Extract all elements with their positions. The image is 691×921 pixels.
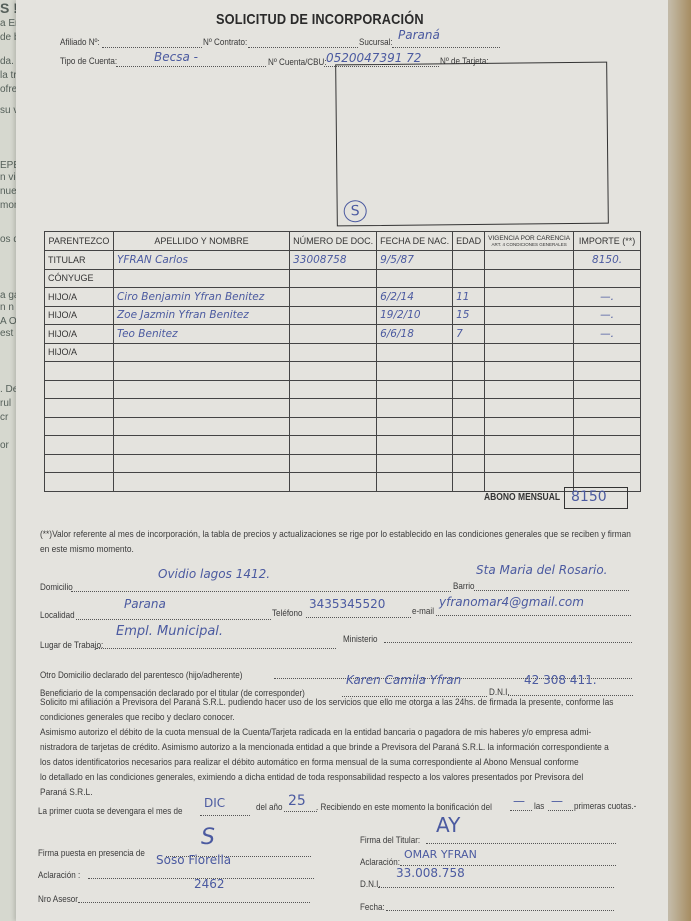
cell-nombre[interactable]: Ciro Benjamin Yfran Benitez (113, 288, 289, 307)
tipo-cuenta-value: Becsa - (154, 50, 198, 64)
cell-edad[interactable] (453, 343, 485, 362)
cell-parentezco (45, 362, 114, 381)
cell-doc[interactable] (290, 269, 377, 288)
lugar-trabajo-value: Empl. Municipal. (116, 624, 223, 639)
cell-fecha[interactable] (377, 380, 453, 399)
table-row (45, 417, 641, 436)
table-row: HIJO/ATeo Benitez6/6/187—. (45, 325, 641, 344)
col-parentezco: PARENTEZCO (45, 232, 114, 251)
cell-importe[interactable] (574, 362, 641, 381)
presencia-label: Firma puesta en presencia de (38, 848, 145, 859)
fecha-field[interactable] (386, 910, 614, 911)
cell-doc[interactable] (290, 417, 377, 436)
legal-line: Solicito mi afiliación a Previsora del P… (40, 695, 613, 710)
table-row: TITULARYFRAN Carlos330087589/5/878150. (45, 251, 641, 270)
col-vigencia-sub: ART. 4 CONDICIONES GENERALES (488, 242, 570, 247)
aclaracion-left-value: Soso Fiorella (156, 853, 231, 867)
cell-fecha[interactable] (377, 417, 453, 436)
cell-fecha[interactable] (377, 454, 453, 473)
background-fragment: n n (0, 302, 14, 313)
localidad-label: Localidad (40, 610, 75, 621)
cell-importe[interactable] (574, 399, 641, 418)
box-mark: S (344, 200, 367, 222)
cell-fecha[interactable] (377, 473, 453, 492)
cell-vigencia[interactable] (485, 288, 574, 307)
cell-edad[interactable] (453, 417, 485, 436)
abono-mensual-box[interactable]: 8150 (564, 487, 628, 509)
cell-vigencia[interactable] (485, 362, 574, 381)
col-edad: EDAD (453, 232, 485, 251)
abono-mensual-label: ABONO MENSUAL (484, 492, 560, 503)
cell-nombre[interactable] (113, 417, 289, 436)
cell-parentezco: CÓNYUGE (45, 269, 114, 288)
first-quota-mid: . Recibiendo en este momento la bonifica… (316, 802, 492, 813)
first-quota-prefix: La primer cuota se devengara el mes de (38, 806, 183, 817)
contrato-label: Nº Contrato: (203, 37, 247, 48)
domicilio-label: Domicilio (40, 582, 73, 593)
col-importe: IMPORTE (**) (574, 232, 641, 251)
cell-edad[interactable] (453, 399, 485, 418)
cell-fecha[interactable] (377, 343, 453, 362)
cell-parentezco (45, 473, 114, 492)
lugar-trabajo-label: Lugar de Trabajo: (40, 640, 103, 651)
cell-parentezco: TITULAR (45, 251, 114, 270)
beneficiario-dni-value: 42 308 411. (524, 673, 597, 687)
cell-nombre[interactable] (113, 343, 289, 362)
cell-doc[interactable] (290, 436, 377, 455)
aclaracion-right-value: OMAR YFRAN (404, 848, 477, 861)
table-row: HIJO/AZoe Jazmin Yfran Benitez19/2/1015—… (45, 306, 641, 325)
cell-nombre[interactable] (113, 399, 289, 418)
afiliado-label: Afiliado Nº: (60, 37, 100, 48)
cell-vigencia[interactable] (485, 306, 574, 325)
abono-mensual-value: 8150 (571, 489, 607, 505)
barrio-label: Barrio (453, 581, 475, 592)
cell-parentezco: HIJO/A (45, 343, 114, 362)
col-vigencia-title: VIGENCIA POR CARENCIA (488, 235, 570, 242)
cell-parentezco (45, 454, 114, 473)
cell-parentezco (45, 436, 114, 455)
cell-doc[interactable] (290, 325, 377, 344)
telefono-value: 3435345520 (309, 597, 385, 611)
legal-line: Asimismo autorizo el débito de la cuota … (40, 725, 613, 740)
cell-vigencia[interactable] (485, 251, 574, 270)
first-quota-suffix: primeras cuotas.- (574, 801, 636, 812)
bonificacion-value: — (513, 794, 525, 808)
first-quota-year-field[interactable] (284, 811, 317, 812)
barrio-field[interactable] (474, 590, 629, 591)
dni-value: 33.008.758 (396, 866, 465, 880)
email-value: yfranomar4@gmail.com (439, 595, 584, 609)
cell-nombre[interactable] (113, 362, 289, 381)
table-row (45, 399, 641, 418)
cell-nombre[interactable]: Teo Benitez (113, 325, 289, 344)
table-header-row: PARENTEZCO APELLIDO Y NOMBRE NÚMERO DE D… (45, 232, 641, 251)
cuenta-cbu-label: Nº Cuenta/CBU: (268, 57, 327, 68)
aclaracion-right-label: Aclaración: (360, 857, 400, 868)
email-label: e-mail (412, 606, 434, 617)
lugar-trabajo-field[interactable] (96, 648, 336, 649)
table-row: HIJO/ACiro Benjamin Yfran Benitez6/2/141… (45, 288, 641, 307)
cell-edad[interactable] (453, 436, 485, 455)
cell-importe[interactable] (574, 436, 641, 455)
legal-line: nistradora de tarjetas de crédito. Asimi… (40, 740, 613, 755)
tipo-cuenta-label: Tipo de Cuenta: (60, 56, 117, 67)
family-table: PARENTEZCO APELLIDO Y NOMBRE NÚMERO DE D… (44, 231, 641, 492)
table-row (45, 362, 641, 381)
cell-doc[interactable] (290, 473, 377, 492)
cell-importe[interactable] (574, 454, 641, 473)
cell-edad[interactable] (453, 251, 485, 270)
background-fragment: or (0, 440, 9, 451)
cell-fecha[interactable] (377, 436, 453, 455)
sucursal-field[interactable] (392, 47, 500, 48)
cell-edad[interactable] (453, 380, 485, 399)
legal-line: los datos identificatorios necesarios pa… (40, 755, 613, 770)
cell-importe[interactable] (574, 343, 641, 362)
cell-importe[interactable] (574, 417, 641, 436)
first-quota-month-field[interactable] (200, 815, 250, 816)
background-fragment: da. (0, 56, 14, 67)
cell-edad[interactable] (453, 473, 485, 492)
cell-doc[interactable] (290, 306, 377, 325)
legal-line: condiciones generales que recibo y decla… (40, 710, 613, 725)
col-doc: NÚMERO DE DOC. (290, 232, 377, 251)
cell-fecha[interactable] (377, 362, 453, 381)
legal-line: lo detallado en las condiciones generale… (40, 770, 613, 785)
titular-signature-field[interactable] (426, 843, 616, 844)
cell-vigencia[interactable] (485, 399, 574, 418)
cell-vigencia[interactable] (485, 436, 574, 455)
first-quota-year-label: del año (256, 802, 282, 813)
telefono-label: Teléfono (272, 608, 303, 619)
cell-nombre[interactable] (113, 436, 289, 455)
form-sheet: SOLICITUD DE INCORPORACIÓN Afiliado Nº: … (16, 0, 668, 921)
cell-importe[interactable] (574, 269, 641, 288)
cell-nombre[interactable] (113, 473, 289, 492)
background-fragment: est (0, 328, 13, 339)
cell-doc[interactable] (290, 362, 377, 381)
cell-parentezco: HIJO/A (45, 325, 114, 344)
presencia-signature: S (201, 825, 215, 850)
cell-nombre[interactable] (113, 380, 289, 399)
cell-importe[interactable]: —. (574, 288, 641, 307)
background-fragment: cr (0, 412, 8, 423)
cell-vigencia[interactable] (485, 380, 574, 399)
ministerio-label: Ministerio (343, 634, 378, 645)
cell-fecha[interactable] (377, 399, 453, 418)
cell-parentezco: HIJO/A (45, 288, 114, 307)
cell-parentezco (45, 399, 114, 418)
cell-doc[interactable] (290, 288, 377, 307)
localidad-value: Parana (124, 597, 166, 611)
footnote: (**)Valor referente al mes de incorporac… (40, 527, 638, 557)
background-fragment: A O (0, 316, 17, 327)
table-row: CÓNYUGE (45, 269, 641, 288)
cell-edad[interactable]: 15 (453, 306, 485, 325)
asesor-label: Nro Asesor (38, 894, 78, 905)
col-nombre: APELLIDO Y NOMBRE (113, 232, 289, 251)
cell-parentezco: HIJO/A (45, 306, 114, 325)
table-row (45, 454, 641, 473)
cell-vigencia[interactable] (485, 269, 574, 288)
email-field[interactable] (436, 615, 631, 616)
cell-edad[interactable] (453, 362, 485, 381)
cell-edad[interactable]: 11 (453, 288, 485, 307)
background-fragment: nue (0, 186, 17, 197)
first-quota-month: DIC (204, 796, 225, 810)
table-row: HIJO/A (45, 343, 641, 362)
sucursal-label: Sucursal: (359, 37, 393, 48)
cell-fecha[interactable]: 6/6/18 (377, 325, 453, 344)
otro-domicilio-label: Otro Domicilio declarado del parentesco … (40, 670, 242, 681)
domicilio-value: Ovidio lagos 1412. (158, 567, 270, 581)
table-row (45, 473, 641, 492)
cell-edad[interactable] (453, 269, 485, 288)
legal-line: Paraná S.R.L. (40, 785, 613, 800)
col-fecha: FECHA DE NAC. (377, 232, 453, 251)
domicilio-field[interactable] (71, 591, 451, 592)
beneficiario-value: Karen Camila Yfran (346, 673, 461, 687)
asesor-field[interactable] (78, 902, 310, 903)
las-label: las (534, 801, 544, 812)
contrato-field[interactable] (248, 47, 358, 48)
cell-doc[interactable]: 33008758 (290, 251, 377, 270)
afiliado-field[interactable] (102, 47, 202, 48)
cell-nombre[interactable] (113, 454, 289, 473)
card-number-box[interactable]: S (335, 62, 609, 227)
tipo-cuenta-field[interactable] (116, 66, 266, 67)
aclaracion-left-label: Aclaración : (38, 870, 80, 881)
localidad-field[interactable] (76, 619, 271, 620)
col-vigencia: VIGENCIA POR CARENCIAART. 4 CONDICIONES … (485, 232, 574, 251)
cell-doc[interactable] (290, 380, 377, 399)
fecha-label: Fecha: (360, 902, 385, 913)
table-row (45, 380, 641, 399)
form-title: SOLICITUD DE INCORPORACIÓN (216, 11, 424, 28)
dni-field[interactable] (378, 887, 614, 888)
titular-signature: AY (436, 813, 460, 837)
cell-importe[interactable]: 8150. (574, 251, 641, 270)
cell-doc[interactable] (290, 454, 377, 473)
telefono-field[interactable] (306, 617, 411, 618)
cell-fecha[interactable]: 19/2/10 (377, 306, 453, 325)
cell-fecha[interactable] (377, 269, 453, 288)
bonificacion-field[interactable] (510, 810, 532, 811)
las-value: — (551, 794, 563, 808)
asesor-value: 2462 (194, 877, 225, 891)
cell-importe[interactable]: —. (574, 325, 641, 344)
cell-vigencia[interactable] (485, 454, 574, 473)
legal-text: Solicito mi afiliación a Previsora del P… (40, 695, 691, 800)
cell-edad[interactable]: 7 (453, 325, 485, 344)
cell-doc[interactable] (290, 399, 377, 418)
background-fragment: rul (0, 398, 11, 409)
ministerio-field[interactable] (384, 642, 632, 643)
cell-nombre[interactable] (113, 269, 289, 288)
first-quota-year: 25 (288, 793, 306, 809)
cell-parentezco (45, 417, 114, 436)
cell-fecha[interactable]: 9/5/87 (377, 251, 453, 270)
cell-importe[interactable]: —. (574, 306, 641, 325)
cell-edad[interactable] (453, 454, 485, 473)
cell-vigencia[interactable] (485, 473, 574, 492)
sucursal-value: Paraná (398, 28, 440, 42)
cell-importe[interactable] (574, 380, 641, 399)
barrio-value: Sta Maria del Rosario. (476, 563, 608, 577)
cell-vigencia[interactable] (485, 325, 574, 344)
las-field[interactable] (548, 810, 573, 811)
cell-parentezco (45, 380, 114, 399)
dni-label: D.N.I. (360, 879, 381, 890)
table-row (45, 436, 641, 455)
cell-fecha[interactable]: 6/2/14 (377, 288, 453, 307)
cell-vigencia[interactable] (485, 417, 574, 436)
cell-doc[interactable] (290, 343, 377, 362)
cell-vigencia[interactable] (485, 343, 574, 362)
cell-nombre[interactable]: YFRAN Carlos (113, 251, 289, 270)
cell-nombre[interactable]: Zoe Jazmin Yfran Benitez (113, 306, 289, 325)
titular-signature-label: Firma del Titular: (360, 835, 420, 846)
